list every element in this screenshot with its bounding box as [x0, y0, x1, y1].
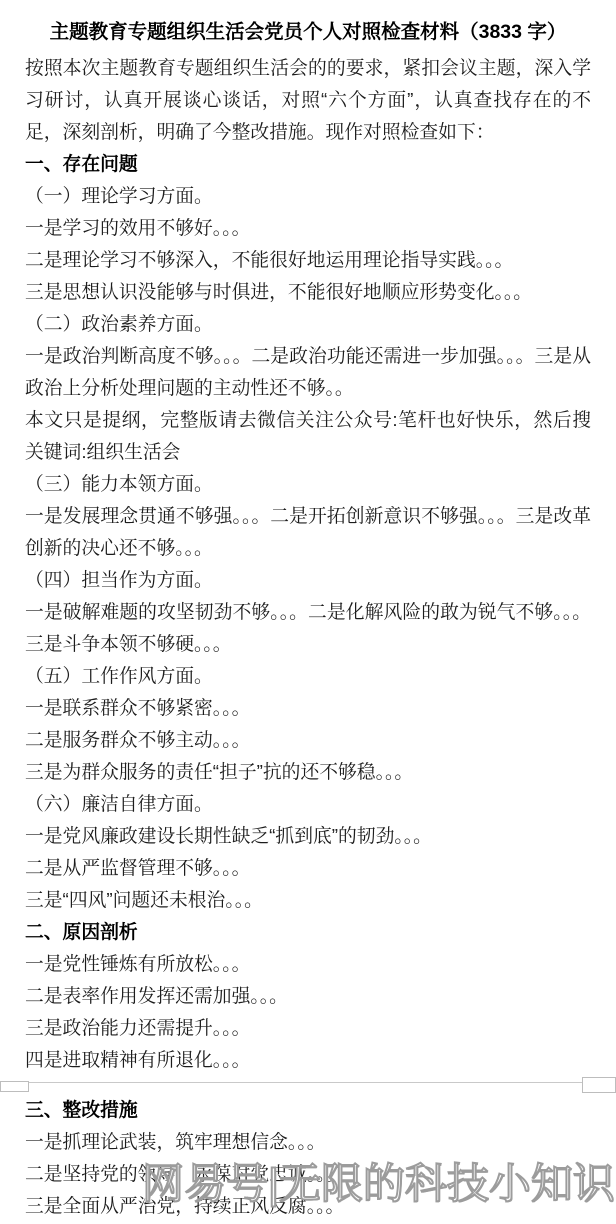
intro-paragraph: 按照本次主题教育专题组织生活会的的要求，紧扣会议主题，深入学习研讨，认真开展谈心…	[25, 52, 591, 148]
paragraph: 一是党性锤炼有所放松。。。	[25, 948, 591, 980]
page-break-line	[0, 1082, 616, 1083]
paragraph: 四是进取精神有所退化。。。	[25, 1044, 591, 1076]
paragraph: 一是学习的效用不够好。。。	[25, 212, 591, 244]
paragraph: 三是政治能力还需提升。。。	[25, 1012, 591, 1044]
subheading-work-style: （五）工作作风方面。	[25, 660, 591, 692]
subheading-responsibility: （四）担当作为方面。	[25, 564, 591, 596]
document-page: 主题教育专题组织生活会党员个人对照检查材料（3833 字） 按照本次主题教育专题…	[0, 0, 616, 1222]
paragraph: 二是表率作用发挥还需加强。。。	[25, 980, 591, 1012]
paragraph: 三是“四风”问题还未根治。。。	[25, 884, 591, 916]
subheading-ability: （三）能力本领方面。	[25, 468, 591, 500]
watermark: 网易号|无限的科技小知识	[142, 1158, 615, 1211]
paragraph: 一是政治判断高度不够。。。二是政治功能还需进一步加强。。。三是从政治上分析处理问…	[25, 340, 591, 404]
document-title: 主题教育专题组织生活会党员个人对照检查材料（3833 字）	[25, 12, 591, 52]
section-heading-measures: 三、整改措施	[25, 1094, 591, 1126]
paragraph: 三是思想认识没能够与时俱进，不能很好地顺应形势变化。。。	[25, 276, 591, 308]
subheading-political-quality: （二）政治素养方面。	[25, 308, 591, 340]
paragraph: 二是从严监督管理不够。。。	[25, 852, 591, 884]
paragraph: 三是为群众服务的责任“担子”抗的还不够稳。。。	[25, 756, 591, 788]
subheading-theory-study: （一）理论学习方面。	[25, 180, 591, 212]
paragraph: 二是理论学习不够深入，不能很好地运用理论指导实践。。。	[25, 244, 591, 276]
page-break-right-mark	[582, 1077, 616, 1093]
paragraph: 一是联系群众不够紧密。。。	[25, 692, 591, 724]
promo-note-paragraph: 本文只是提纲，完整版请去微信关注公众号:笔杆也好快乐，然后搜关键词:组织生活会	[25, 404, 591, 468]
section-heading-problems: 一、存在问题	[25, 148, 591, 180]
paragraph: 一是发展理念贯通不够强。。。二是开拓创新意识不够强。。。三是改革创新的决心还不够…	[25, 500, 591, 564]
page-break	[0, 1076, 616, 1094]
paragraph: 一是破解难题的攻坚韧劲不够。。。二是化解风险的敢为锐气不够。。。三是斗争本领不够…	[25, 596, 591, 660]
section-heading-causes: 二、原因剖析	[25, 916, 591, 948]
paragraph: 一是党风廉政建设长期性缺乏“抓到底”的韧劲。。。	[25, 820, 591, 852]
page-break-left-mark	[0, 1081, 29, 1092]
paragraph: 二是服务群众不够主动。。。	[25, 724, 591, 756]
subheading-integrity: （六）廉洁自律方面。	[25, 788, 591, 820]
paragraph: 一是抓理论武装，筑牢理想信念。。。	[25, 1126, 591, 1158]
